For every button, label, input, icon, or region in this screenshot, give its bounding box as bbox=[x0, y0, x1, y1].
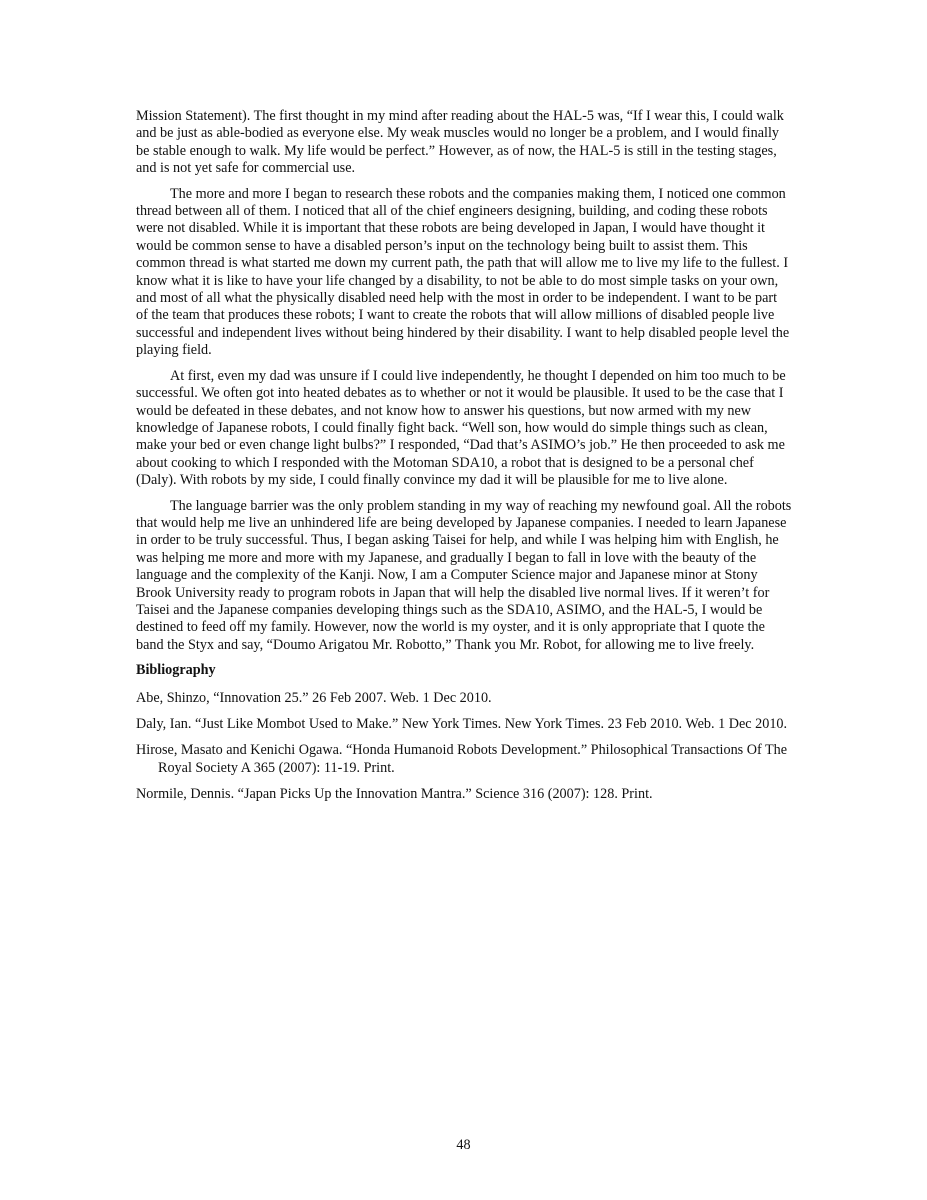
body-paragraph: The more and more I began to research th… bbox=[136, 186, 792, 360]
bibliography-entry: Hirose, Masato and Kenichi Ogawa. “Honda… bbox=[136, 742, 792, 777]
body-paragraph: At first, even my dad was unsure if I co… bbox=[136, 368, 792, 490]
body-paragraph: The language barrier was the only proble… bbox=[136, 498, 792, 655]
bibliography-entry: Normile, Dennis. “Japan Picks Up the Inn… bbox=[136, 786, 792, 803]
page-number: 48 bbox=[0, 1137, 927, 1154]
bibliography-heading: Bibliography bbox=[136, 662, 792, 679]
bibliography-entry: Daly, Ian. “Just Like Mombot Used to Mak… bbox=[136, 716, 792, 733]
bibliography-section: Bibliography Abe, Shinzo, “Innovation 25… bbox=[136, 662, 792, 803]
body-paragraph: Mission Statement). The first thought in… bbox=[136, 108, 792, 178]
document-page: Mission Statement). The first thought in… bbox=[136, 108, 792, 813]
bibliography-entry: Abe, Shinzo, “Innovation 25.” 26 Feb 200… bbox=[136, 690, 792, 707]
